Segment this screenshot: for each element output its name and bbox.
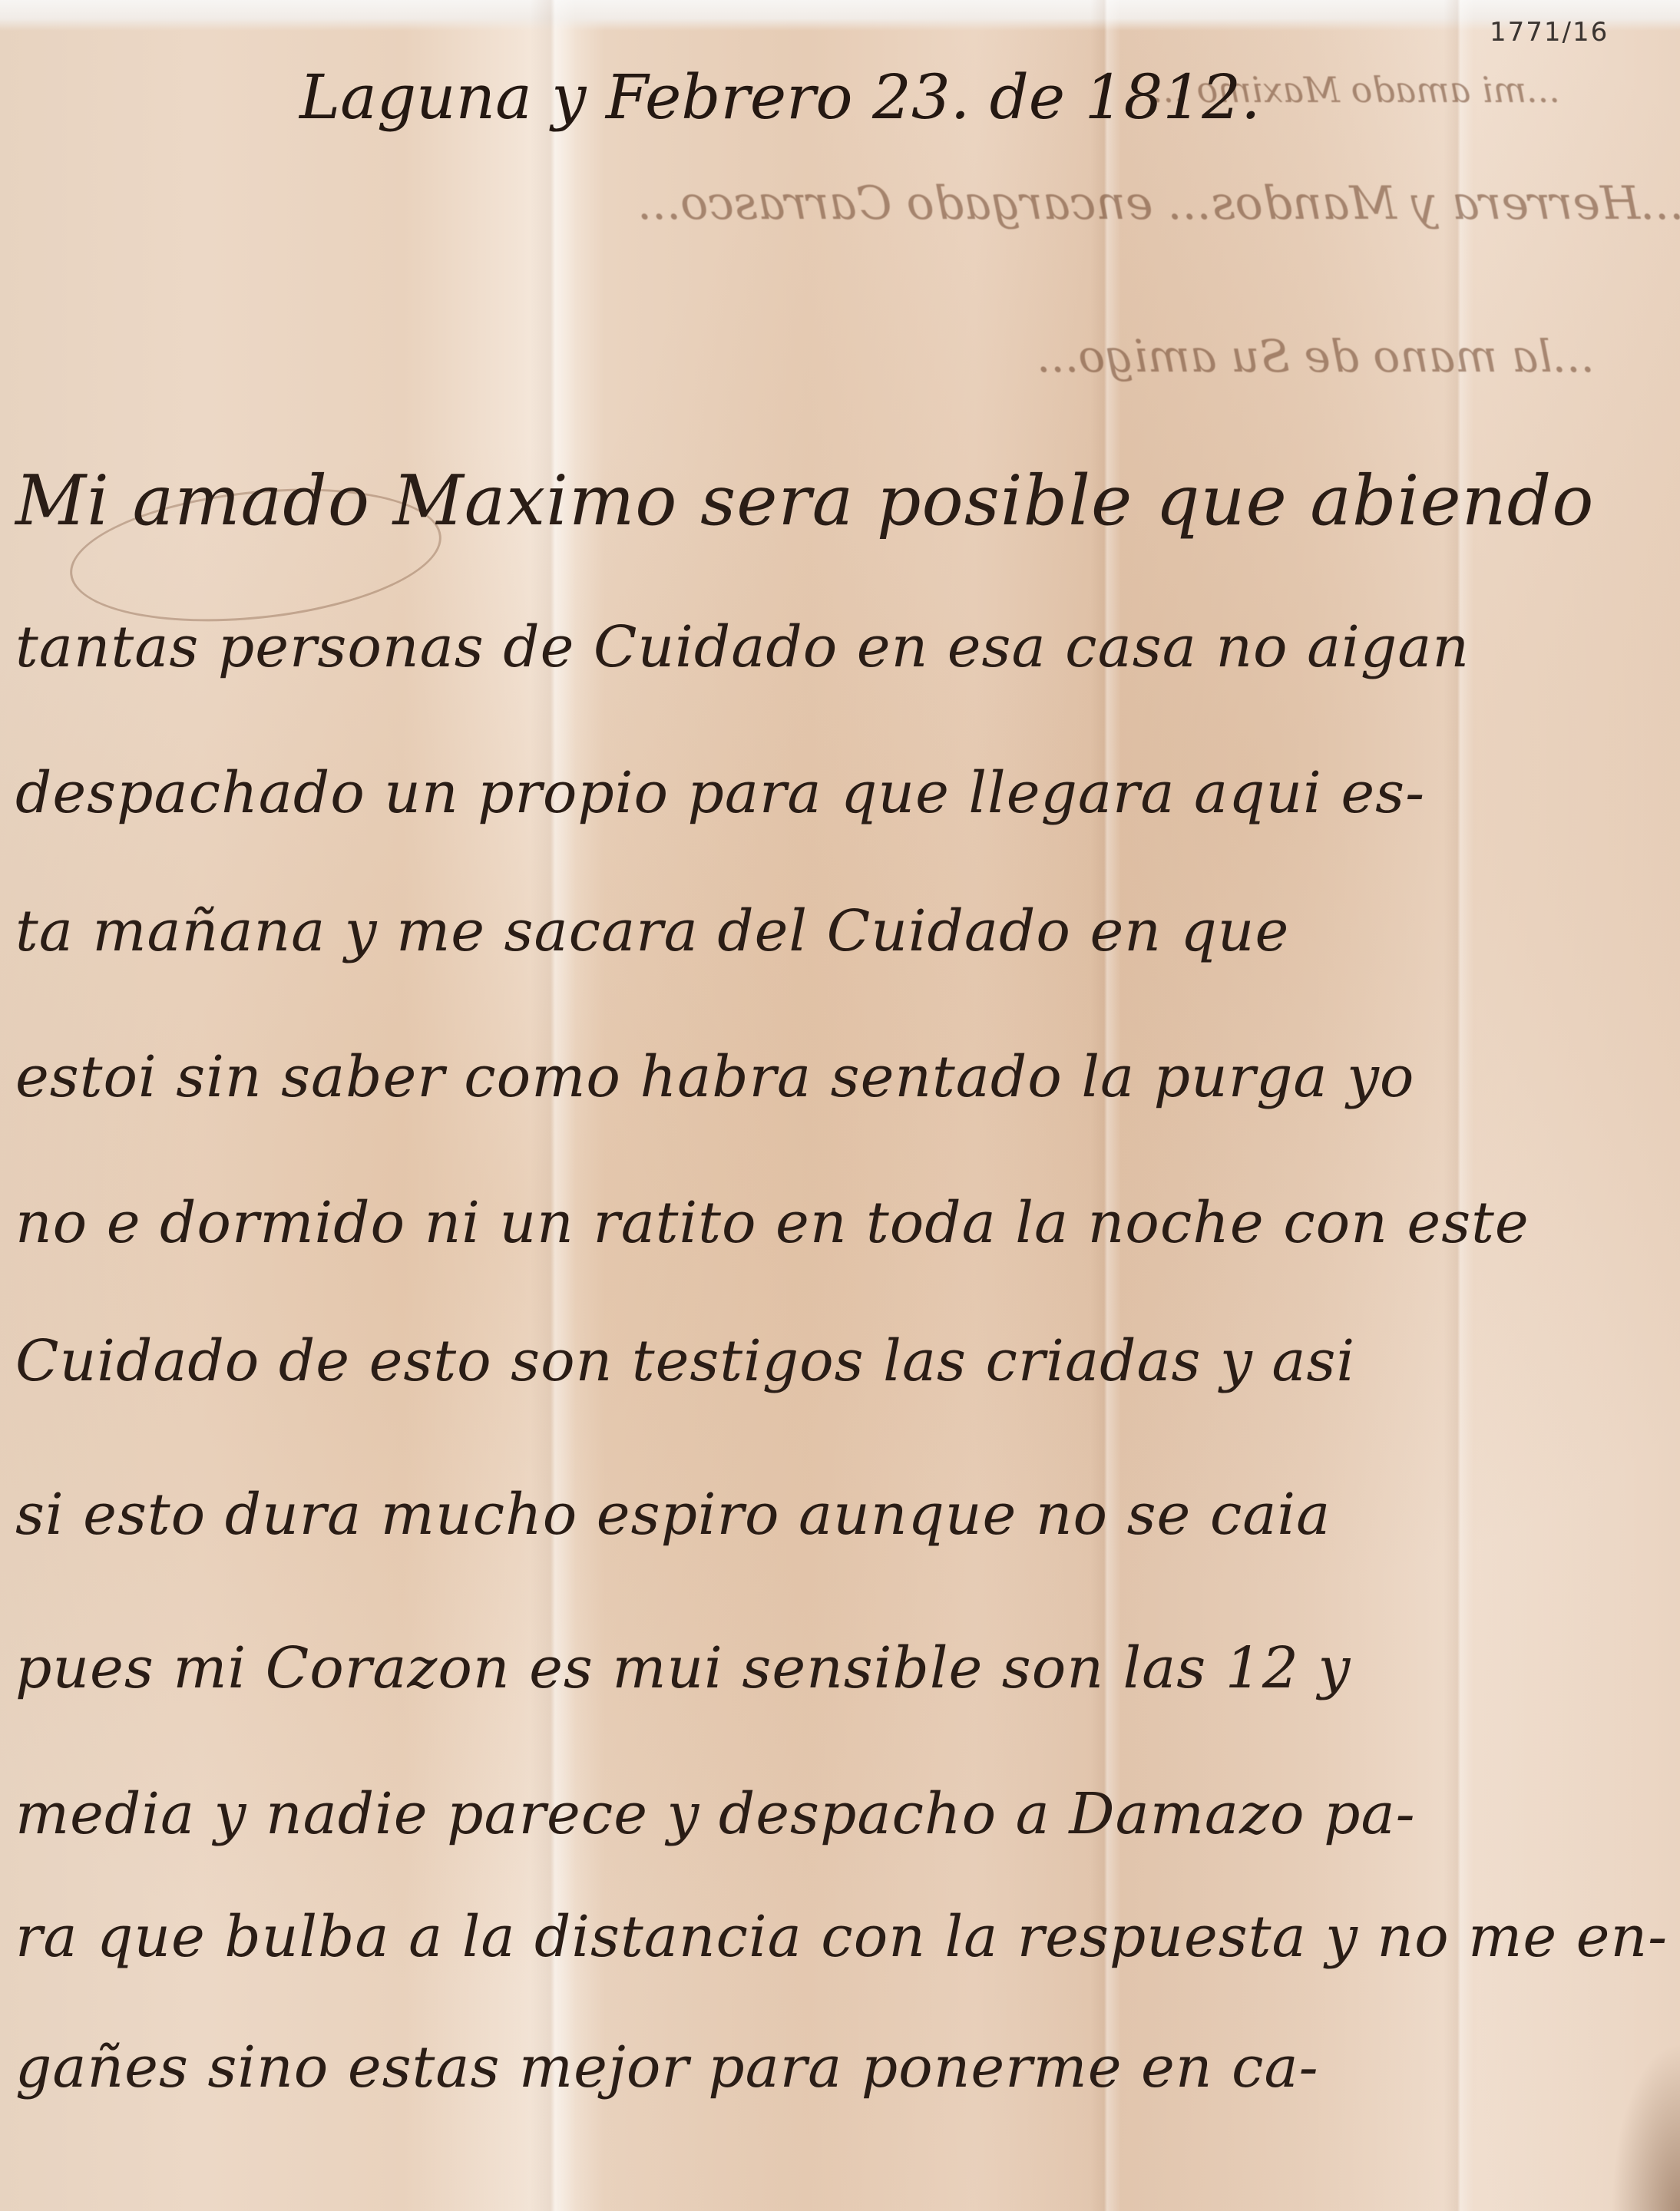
letter-line: ta mañana y me sacara del Cuidado en que bbox=[15, 898, 1289, 964]
bleed-through-text: ...la mano de Su amigo... bbox=[1037, 330, 1595, 382]
paper-top-edge bbox=[0, 0, 1680, 31]
letter-line: media y nadie parece y despacho a Damazo… bbox=[15, 1781, 1416, 1847]
letter-line: pues mi Corazon es mui sensible son las … bbox=[15, 1635, 1351, 1701]
letter-line: estoi sin saber como habra sentado la pu… bbox=[15, 1044, 1414, 1110]
letter-line: ra que bulba a la distancia con la respu… bbox=[15, 1904, 1668, 1970]
letter-line: despachado un propio para que llegara aq… bbox=[15, 760, 1425, 826]
bleed-through-text: ...Herrera y Mandos... encargado Carrasc… bbox=[637, 177, 1680, 230]
archive-reference: 1771/16 bbox=[1490, 17, 1609, 48]
letter-page: ...mi amado Maximo ... ...Herrera y Mand… bbox=[0, 0, 1680, 2211]
letter-line: si esto dura mucho espiro aunque no se c… bbox=[15, 1482, 1331, 1548]
letter-line: gañes sino estas mejor para ponerme en c… bbox=[15, 2034, 1319, 2100]
letter-date-header: Laguna y Febrero 23. de 1812. bbox=[299, 61, 1261, 133]
page-corner-curl bbox=[1611, 2042, 1680, 2211]
letter-line: tantas personas de Cuidado en esa casa n… bbox=[15, 614, 1470, 680]
letter-line: no e dormido ni un ratito en toda la noc… bbox=[15, 1190, 1530, 1256]
letter-line: Mi amado Maximo sera posible que abiendo bbox=[15, 461, 1594, 541]
letter-line: Cuidado de esto son testigos las criadas… bbox=[15, 1328, 1355, 1394]
